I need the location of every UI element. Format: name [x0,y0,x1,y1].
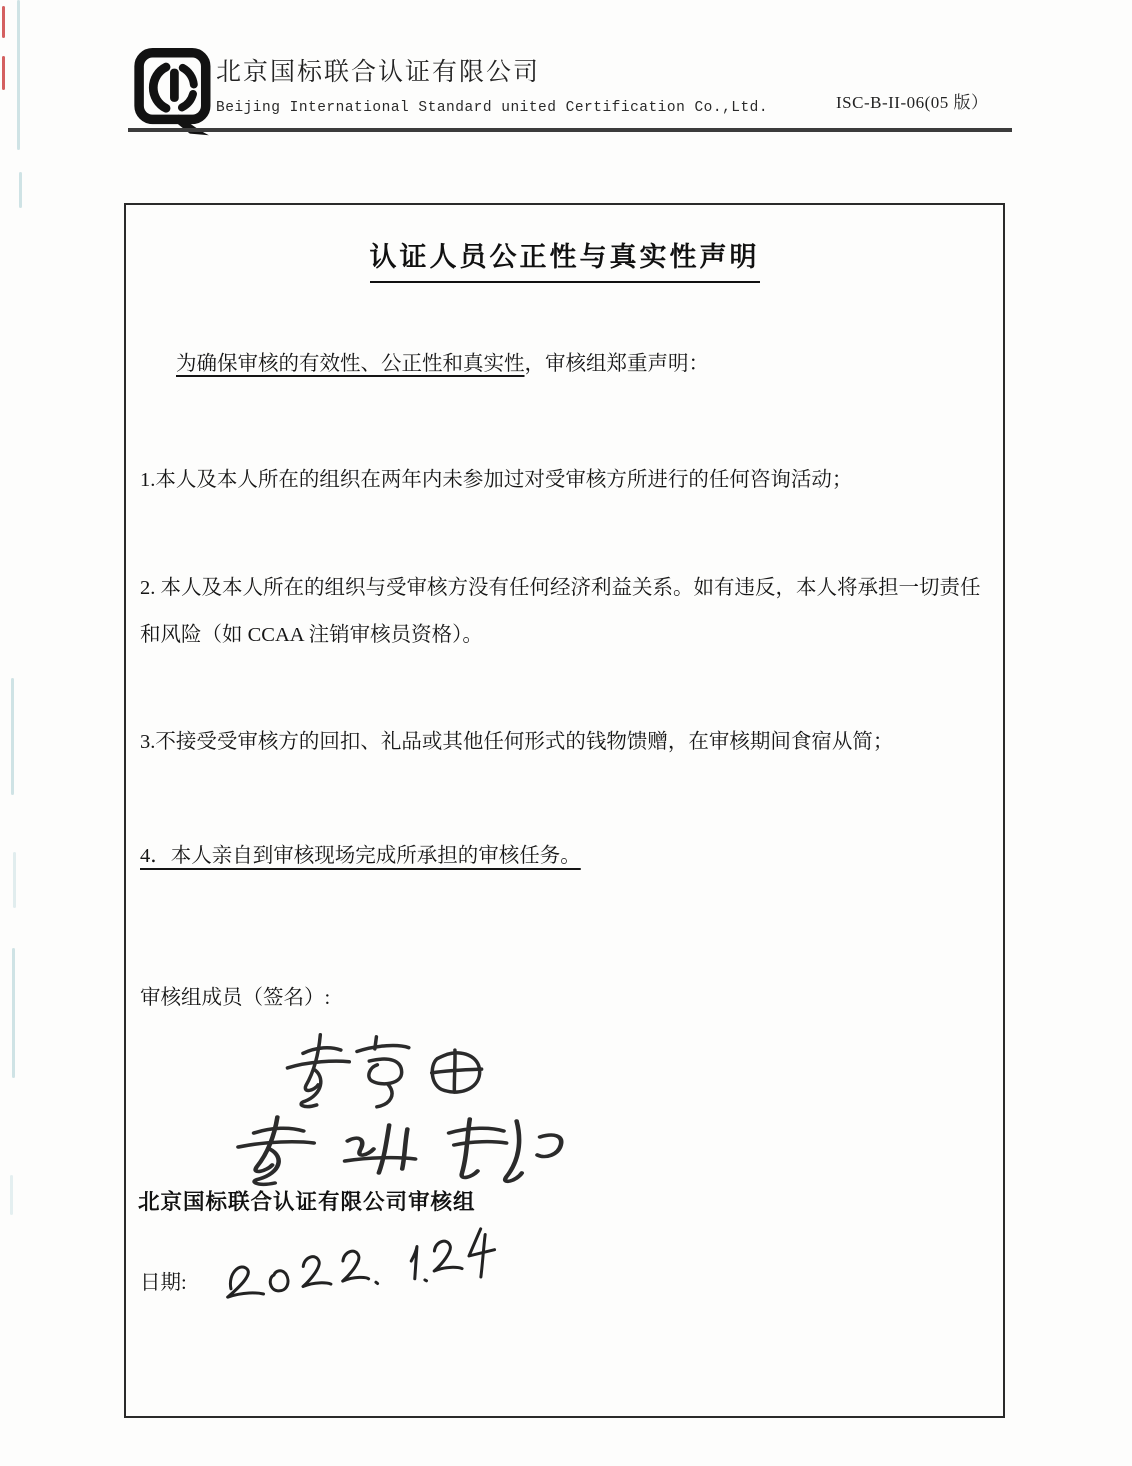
scan-artifact-blue [17,0,20,150]
audit-team-line: 北京国标联合认证有限公司审核组 [138,1185,476,1216]
scan-artifact-red [2,56,5,90]
document-code: ISC-B-II-06(05 版） [836,88,989,113]
scanned-document-page: 北京国标联合认证有限公司 Beijing International Stand… [0,0,1132,1466]
scan-artifact-blue [19,172,22,208]
scan-artifact-red [2,6,5,38]
declaration-frame: 认证人员公正性与真实性声明 为确保审核的有效性、公正性和真实性，审核组郑重声明：… [124,203,1005,1418]
scan-artifact-blue [10,1175,13,1215]
company-name-english: Beijing International Standard united Ce… [216,100,768,116]
intro-paragraph: 为确保审核的有效性、公正性和真实性，审核组郑重声明： [142,347,983,381]
isc-logo [134,48,214,140]
signature-label: 审核组成员（签名）: [140,980,330,1010]
scan-artifact-blue [12,948,15,1078]
intro-rest: ，审核组郑重声明： [525,353,710,375]
handwritten-date [216,1227,526,1317]
header-divider [128,128,1012,132]
declaration-item-1: 1.本人及本人所在的组织在两年内未参加过对受审核方所进行的任何咨询活动； [140,457,985,504]
signature-sig2 [238,1117,561,1184]
signature-sig1 [286,1029,482,1110]
handwritten-signatures [226,1025,686,1200]
intro-underlined: 为确保审核的有效性、公正性和真实性 [176,353,525,375]
company-name-block: 北京国标联合认证有限公司 Beijing International Stand… [216,52,768,116]
company-name-chinese: 北京国标联合认证有限公司 [216,52,768,88]
date-label: 日期: [140,1265,187,1295]
scan-artifact-blue [13,852,16,908]
scan-artifact-blue [11,678,14,795]
declaration-item-4: 4．本人亲自到审核现场完成所承担的审核任务。 [140,833,985,880]
declaration-item-2: 2. 本人及本人所在的组织与受审核方没有任何经济利益关系。如有违反，本人将承担一… [140,565,985,659]
declaration-item-3: 3.不接受受审核方的回扣、礼品或其他任何形式的钱物馈赠，在审核期间食宿从简； [140,719,985,766]
document-title: 认证人员公正性与真实性声明 [126,235,1003,283]
